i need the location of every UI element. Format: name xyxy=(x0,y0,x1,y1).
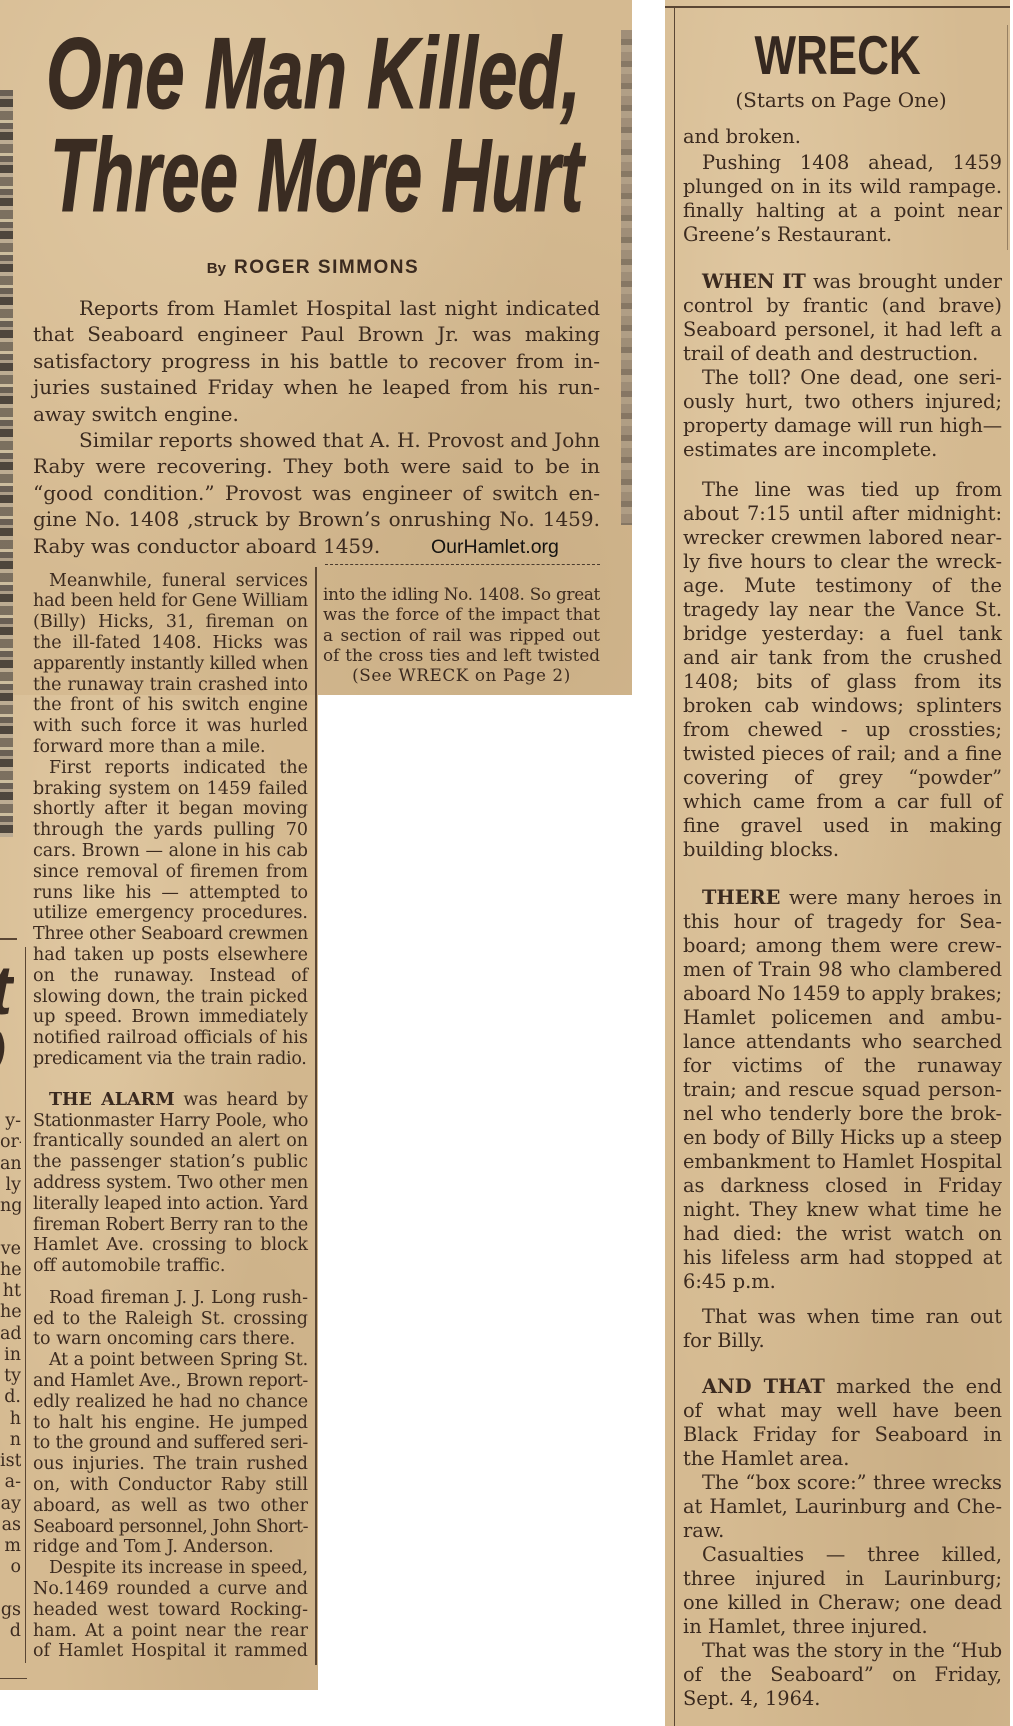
text-line: That was the story in the “Hub xyxy=(683,1639,1002,1663)
text-line: tragedy lay near the Vance St. xyxy=(683,598,1002,622)
box-right-rule xyxy=(1007,25,1008,250)
text-line: Stationmaster Harry Poole, who xyxy=(33,1111,308,1132)
paragraph: AND THAT marked the endof what may well … xyxy=(683,1375,1002,1471)
text-fragment: ay xyxy=(0,1494,21,1515)
text-line: with such force it was hurled xyxy=(33,716,308,737)
line-text: one killed in Cheraw; one dead xyxy=(683,1591,1002,1614)
text-line: That was when time ran out xyxy=(683,1305,1002,1329)
text-line: AND THAT marked the end xyxy=(683,1375,1002,1399)
text-line: to halt his engine. He jumped xyxy=(33,1413,308,1434)
line-text: Hamlet Ave. crossing to block xyxy=(33,1235,308,1255)
line-text: At a point between Spring St. xyxy=(49,1350,308,1370)
text-line: of the Seaboard” on Friday, xyxy=(683,1663,1002,1687)
line-text: at Hamlet, Laurinburg and Che- xyxy=(683,1495,1002,1518)
text-fragment: as xyxy=(0,1515,21,1536)
text-line: the runaway train crashed into xyxy=(33,675,308,696)
line-text: That was when time ran out xyxy=(702,1305,1002,1328)
text-fragment: or- xyxy=(0,1132,21,1153)
text-line: The “box score:” three wrecks xyxy=(683,1471,1002,1495)
text-line: nel who tenderly bore the brok- xyxy=(683,1102,1002,1126)
line-text: control by frantic (and brave) xyxy=(683,294,1002,317)
line-text: Raby was conductor aboard 1459. xyxy=(33,534,380,558)
byline-prefix: By xyxy=(207,260,226,277)
text-line: covering of grey “powder” xyxy=(683,766,1002,790)
text-line: trail of death and destruction. xyxy=(683,342,1002,366)
text-line: since removal of firemen from xyxy=(33,862,308,883)
line-text: cars. Brown — alone in his cab xyxy=(33,841,308,861)
text-line: aboard No 1459 to apply brakes; xyxy=(683,982,1002,1006)
line-text: Seaboard personel, it had left a xyxy=(683,318,1002,341)
text-line: Hamlet Ave. crossing to block xyxy=(33,1235,308,1256)
text-line: control by frantic (and brave) xyxy=(683,294,1002,318)
text-line: embankment to Hamlet Hospital xyxy=(683,1150,1002,1174)
line-text: Seaboard personnel, John Short- xyxy=(33,1517,308,1537)
line-text: estimates are incomplete. xyxy=(683,438,937,461)
text-line: wrecker crewmen labored near- xyxy=(683,526,1002,550)
text-line: slowing down, the train picked xyxy=(33,987,308,1008)
line-text: address system. Two other men xyxy=(33,1173,308,1193)
line-text: Hamlet policemen and ambu- xyxy=(683,1006,1002,1029)
text-line: of the cross ties and left twisted xyxy=(323,645,600,665)
text-line: Meanwhile, funeral services xyxy=(33,571,308,592)
line-text: had taken up posts elsewhere xyxy=(33,945,308,965)
text-fragment: d. xyxy=(0,1387,21,1408)
line-text: trail of death and destruction. xyxy=(683,342,978,365)
text-line: en body of Billy Hicks up a steep xyxy=(683,1126,1002,1150)
text-line: men of Train 98 who clambered xyxy=(683,958,1002,982)
text-fragment: in xyxy=(0,1345,21,1366)
column-rule xyxy=(315,567,317,1665)
line-text: juries sustained Friday when he leaped f… xyxy=(33,375,600,399)
text-line: away switch engine. xyxy=(33,401,600,427)
line-text: fireman Robert Berry ran to the xyxy=(33,1215,308,1235)
line-text: apparently instantly killed when xyxy=(33,654,308,674)
headline-line-2: Three More Hurt xyxy=(50,124,583,228)
line-text: Greene’s Restaurant. xyxy=(683,223,892,246)
text-fragment: ht xyxy=(0,1281,21,1302)
text-line: of what may well have been xyxy=(683,1399,1002,1423)
text-line: broken cab windows; splinters xyxy=(683,694,1002,718)
text-line: which came from a car full of xyxy=(683,790,1002,814)
text-line: the Hamlet area. xyxy=(683,1447,1002,1471)
bottom-rule xyxy=(0,1678,27,1679)
line-text: Reports from Hamlet Hospital last night … xyxy=(79,296,600,320)
line-text: ous injuries. The train rushed xyxy=(33,1454,308,1474)
text-line: Seaboard personel, it had left a xyxy=(683,318,1002,342)
text-line: in Hamlet, three injured. xyxy=(683,1615,1002,1639)
text-line: a section of rail was ripped out xyxy=(323,625,600,645)
lead-in: WHEN IT xyxy=(702,270,806,293)
line-text: train; and rescue squad person- xyxy=(683,1078,1002,1101)
line-text: bridge yesterday: a fuel tank xyxy=(683,622,1002,645)
fragment-column-rule xyxy=(25,947,26,1663)
text-line: to warn oncoming cars there. xyxy=(33,1329,308,1350)
box-top-rule xyxy=(665,6,1010,8)
line-text: the front of his switch engine xyxy=(33,695,308,715)
text-line: braking system on 1459 failed xyxy=(33,779,308,800)
text-line: ham. At a point near the rear xyxy=(33,1621,308,1642)
line-text: covering of grey “powder” xyxy=(683,766,1002,789)
text-fragment: he xyxy=(0,1260,21,1281)
paragraph: Reports from Hamlet Hospital last night … xyxy=(33,295,600,427)
line-text: predicament via the train radio. xyxy=(33,1049,307,1069)
watermark: OurHamlet.org xyxy=(431,535,559,559)
text-fragment: d xyxy=(0,1621,21,1642)
text-line: one killed in Cheraw; one dead xyxy=(683,1591,1002,1615)
paragraph: At a point between Spring St.and Hamlet … xyxy=(33,1350,308,1558)
text-fragment: gs xyxy=(0,1600,21,1621)
text-fragment: he xyxy=(0,1302,21,1323)
line-text: of the Seaboard” on Friday, xyxy=(683,1663,1002,1686)
adjacent-photo-fragment xyxy=(0,90,13,837)
lead-in: THERE xyxy=(702,886,780,909)
paragraph: The “box score:” three wrecksat Hamlet, … xyxy=(683,1471,1002,1543)
line-text: were many heroes in xyxy=(780,886,1002,909)
text-line: had taken up posts elsewhere xyxy=(33,945,308,966)
text-line: for victims of the runaway xyxy=(683,1054,1002,1078)
text-line: on, with Conductor Raby still xyxy=(33,1475,308,1496)
text-line: to the ground and suffered seri- xyxy=(33,1433,308,1454)
line-text: and air tank from the crushed xyxy=(683,646,1002,669)
text-line: off automobile traffic. xyxy=(33,1256,308,1277)
text-line: that Seaboard engineer Paul Brown Jr. wa… xyxy=(33,321,600,347)
line-text: ed to the Raleigh St. crossing xyxy=(33,1309,308,1329)
text-line: his lifeless arm had stopped at xyxy=(683,1246,1002,1270)
text-line: as darkness closed in Friday xyxy=(683,1174,1002,1198)
text-line: estimates are incomplete. xyxy=(683,438,1002,462)
adjacent-text-fragments: y-or-anlyngvehehtheadintyd.hnista-ayasmo… xyxy=(0,1111,21,1642)
line-text: that Seaboard engineer Paul Brown Jr. wa… xyxy=(33,322,600,346)
line-text: “good condition.” Provost was engineer o… xyxy=(33,481,600,505)
paragraph: The line was tied up fromabout 7:15 unti… xyxy=(683,478,1002,862)
lead-paragraphs: Reports from Hamlet Hospital last night … xyxy=(33,295,600,559)
text-line: raw. xyxy=(683,1519,1002,1543)
line-text: three injured in Laurinburg; xyxy=(683,1567,1002,1590)
paragraph: into the idling No. 1408. So greatwas th… xyxy=(323,584,600,665)
line-text: finally halting at a point near xyxy=(683,199,1002,222)
line-text: up speed. Brown immediately xyxy=(33,1007,308,1027)
line-text: edly realized he had no chance xyxy=(33,1392,308,1412)
paragraph: WHEN IT was brought undercontrol by fran… xyxy=(683,270,1002,366)
text-line: and Hamlet Ave., Brown report- xyxy=(33,1371,308,1392)
text-line: shortly after it began moving xyxy=(33,799,308,820)
line-text: utilize emergency procedures. xyxy=(33,903,308,923)
text-line: Raby were recovering. They both were sai… xyxy=(33,453,600,479)
line-text: Stationmaster Harry Poole, who xyxy=(33,1111,308,1131)
line-text: was the force of the impact that xyxy=(323,604,600,624)
text-line: literally leaped into action. Yard xyxy=(33,1194,308,1215)
line-text: had been held for Gene William xyxy=(33,591,308,611)
line-text: Pushing 1408 ahead, 1459 xyxy=(702,151,1002,174)
line-text: a section of rail was ripped out xyxy=(323,625,600,645)
text-line: this hour of tragedy for Sea- xyxy=(683,910,1002,934)
text-line: had died: the wrist watch on xyxy=(683,1222,1002,1246)
text-fragment: ad xyxy=(0,1324,21,1345)
line-text: ridge and Tom J. Anderson. xyxy=(33,1537,274,1557)
text-line: Greene’s Restaurant. xyxy=(683,223,1002,247)
line-text: the ill-fated 1408. Hicks was xyxy=(33,633,308,653)
text-line: and air tank from the crushed xyxy=(683,646,1002,670)
text-line: At a point between Spring St. xyxy=(33,1350,308,1371)
text-line: The toll? One dead, one seri- xyxy=(683,366,1002,390)
text-line: through the yards pulling 70 xyxy=(33,820,308,841)
line-text: the runaway train crashed into xyxy=(33,675,308,695)
line-text: men of Train 98 who clambered xyxy=(683,958,1002,981)
text-line: Despite its increase in speed, xyxy=(33,1558,308,1579)
text-fragment: h xyxy=(0,1409,21,1430)
text-line: headed west toward Rocking- xyxy=(33,1600,308,1621)
box-left-rule xyxy=(674,8,675,1726)
line-text: was heard by xyxy=(175,1090,308,1110)
text-line: ous injuries. The train rushed xyxy=(33,1454,308,1475)
text-fragment: a- xyxy=(0,1472,21,1493)
line-text: with such force it was hurled xyxy=(33,716,308,736)
line-text: through the yards pulling 70 xyxy=(33,820,308,840)
text-line: First reports indicated the xyxy=(33,758,308,779)
body-column: Meanwhile, funeral serviceshad been held… xyxy=(33,571,308,1663)
continuation-block: into the idling No. 1408. So greatwas th… xyxy=(323,584,600,685)
line-text: raw. xyxy=(683,1519,724,1542)
text-line: address system. Two other men xyxy=(33,1173,308,1194)
text-fragment: ve xyxy=(0,1239,21,1260)
line-text: of the cross ties and left twisted xyxy=(323,645,600,665)
text-line: ed to the Raleigh St. crossing xyxy=(33,1309,308,1330)
text-fragment: ist xyxy=(0,1451,21,1472)
text-line: satisfactory progress in his battle to r… xyxy=(33,348,600,374)
text-line: Hamlet policemen and ambu- xyxy=(683,1006,1002,1030)
line-text: aboard No 1459 to apply brakes; xyxy=(683,982,1002,1005)
line-text: Three other Seaboard crewmen xyxy=(33,924,308,944)
line-text: 6:45 p.m. xyxy=(683,1270,776,1293)
text-line: (Billy) Hicks, 31, fireman on xyxy=(33,612,308,633)
line-text: which came from a car full of xyxy=(683,790,1002,813)
line-text: for Billy. xyxy=(683,1329,765,1352)
paragraph: Road fireman J. J. Long rush-ed to the R… xyxy=(33,1288,308,1350)
text-line: 1408; bits of glass from its xyxy=(683,670,1002,694)
line-text: twisted pieces of rail; and a fine xyxy=(683,742,1002,765)
text-line: juries sustained Friday when he leaped f… xyxy=(33,374,600,400)
text-line: plunged on in its wild rampage. xyxy=(683,175,1002,199)
line-text: had died: the wrist watch on xyxy=(683,1222,1002,1245)
line-text: notified railroad officials of his xyxy=(33,1028,308,1048)
line-text: on, with Conductor Raby still xyxy=(33,1475,308,1495)
line-text: No.1469 rounded a curve and xyxy=(33,1579,308,1599)
line-text: off automobile traffic. xyxy=(33,1256,225,1276)
line-text: Despite its increase in speed, xyxy=(49,1558,308,1578)
text-line: edly realized he had no chance xyxy=(33,1392,308,1413)
line-text: building blocks. xyxy=(683,838,839,861)
text-line: ly five hours to clear the wreck- xyxy=(683,550,1002,574)
line-text: braking system on 1459 failed xyxy=(33,779,308,799)
text-line: runs like his — attempted to xyxy=(33,883,308,904)
text-line: finally halting at a point near xyxy=(683,199,1002,223)
line-text: night. They knew what time he xyxy=(683,1198,1002,1221)
text-line: The line was tied up from xyxy=(683,478,1002,502)
text-fragment: ly xyxy=(0,1175,21,1196)
text-line: about 7:15 until after midnight: xyxy=(683,502,1002,526)
line-text: broken cab windows; splinters xyxy=(683,694,1002,717)
text-line: Road fireman J. J. Long rush- xyxy=(33,1288,308,1309)
text-line: and broken. xyxy=(683,125,1002,149)
text-line: Casualties — three killed, xyxy=(683,1543,1002,1567)
paragraph: Despite its increase in speed,No.1469 ro… xyxy=(33,1558,308,1662)
headline-line-1: One Man Killed, xyxy=(46,24,581,125)
text-fragment: y- xyxy=(0,1111,21,1132)
text-line: for Billy. xyxy=(683,1329,1002,1353)
line-text: First reports indicated the xyxy=(49,758,308,778)
line-text: frantically sounded an alert on xyxy=(33,1131,308,1151)
paragraph: That was the story in the “Hubof the Sea… xyxy=(683,1639,1002,1711)
text-line: Reports from Hamlet Hospital last night … xyxy=(33,295,600,321)
text-line: the passenger station’s public xyxy=(33,1152,308,1173)
line-text: gine No. 1408 ,struck by Brown’s onrushi… xyxy=(33,507,600,531)
line-text: Similar reports showed that A. H. Provos… xyxy=(79,428,600,452)
text-line: predicament via the train radio. xyxy=(33,1049,308,1070)
paragraph: That was when time ran outfor Billy. xyxy=(683,1305,1002,1353)
continuation-lines: into the idling No. 1408. So greatwas th… xyxy=(323,584,600,665)
paragraph: THERE were many heroes inthis hour of tr… xyxy=(683,886,1002,1294)
line-text: That was the story in the “Hub xyxy=(702,1639,1002,1662)
text-line: utilize emergency procedures. xyxy=(33,903,308,924)
text-line: on the runaway. Instead of xyxy=(33,966,308,987)
text-line: fine gravel used in making xyxy=(683,814,1002,838)
line-text: since removal of firemen from xyxy=(33,862,308,882)
text-line: fireman Robert Berry ran to the xyxy=(33,1215,308,1236)
text-fragment xyxy=(0,1217,21,1238)
line-text: away switch engine. xyxy=(33,402,239,426)
line-text: on the runaway. Instead of xyxy=(33,966,308,986)
line-text: was brought under xyxy=(806,270,1002,293)
line-text: aboard, as well as two other xyxy=(33,1496,308,1516)
line-text: satisfactory progress in his battle to r… xyxy=(33,349,600,373)
text-line: up speed. Brown immediately xyxy=(33,1007,308,1028)
text-line: WHEN IT was brought under xyxy=(683,270,1002,294)
line-text: literally leaped into action. Yard xyxy=(33,1194,308,1214)
line-text: wrecker crewmen labored near- xyxy=(683,526,1002,549)
line-text: for victims of the runaway xyxy=(683,1054,1002,1077)
text-fragment: ty xyxy=(0,1366,21,1387)
line-text: of what may well have been xyxy=(683,1399,1002,1422)
jump-body-column: and broken.Pushing 1408 ahead, 1459plung… xyxy=(683,125,1002,1711)
text-line: Seaboard personnel, John Short- xyxy=(33,1517,308,1538)
byline-author: ROGER SIMMONS xyxy=(234,257,419,278)
text-line: bridge yesterday: a fuel tank xyxy=(683,622,1002,646)
line-text: Black Friday for Seaboard in xyxy=(683,1423,1002,1446)
line-text: as darkness closed in Friday xyxy=(683,1174,1002,1197)
text-line: apparently instantly killed when xyxy=(33,654,308,675)
text-line: ously hurt, two others injured; xyxy=(683,390,1002,414)
text-line: forward more than a mile. xyxy=(33,737,308,758)
text-line: Similar reports showed that A. H. Provos… xyxy=(33,427,600,453)
text-fragment: ng xyxy=(0,1196,21,1217)
text-line: three injured in Laurinburg; xyxy=(683,1567,1002,1591)
text-line: from chewed - up crossties; xyxy=(683,718,1002,742)
line-text: tragedy lay near the Vance St. xyxy=(683,598,1002,621)
text-line: the front of his switch engine xyxy=(33,695,308,716)
line-text: his lifeless arm had stopped at xyxy=(683,1246,1002,1269)
text-line: “good condition.” Provost was engineer o… xyxy=(33,480,600,506)
line-text: fine gravel used in making xyxy=(683,814,1002,837)
paragraph: Meanwhile, funeral serviceshad been held… xyxy=(33,571,308,758)
text-line: was the force of the impact that xyxy=(323,604,600,624)
line-text: from chewed - up crossties; xyxy=(683,718,1002,741)
text-line: at Hamlet, Laurinburg and Che- xyxy=(683,1495,1002,1519)
paragraph: First reports indicated thebraking syste… xyxy=(33,758,308,1070)
text-line: notified railroad officials of his xyxy=(33,1028,308,1049)
jump-subtitle: (Starts on Page One) xyxy=(665,88,1013,112)
paragraph: THE ALARM was heard byStationmaster Harr… xyxy=(33,1090,308,1277)
jump-reference: (See WRECK on Page 2) xyxy=(323,665,600,685)
line-text: Meanwhile, funeral services xyxy=(49,571,308,591)
line-text: property damage will run high— xyxy=(683,414,1002,437)
headline-glyph-fragment: ) xyxy=(0,1028,6,1072)
text-line: THE ALARM was heard by xyxy=(33,1090,308,1111)
text-line: frantically sounded an alert on xyxy=(33,1131,308,1152)
text-line: Sept. 4, 1964. xyxy=(683,1687,1002,1711)
text-line: property damage will run high— xyxy=(683,414,1002,438)
line-text: The toll? One dead, one seri- xyxy=(702,366,1002,389)
line-text: this hour of tragedy for Sea- xyxy=(683,910,1002,933)
adjacent-headline-fragment: t ) xyxy=(0,938,14,1078)
text-line: the ill-fated 1408. Hicks was xyxy=(33,633,308,654)
text-line: train; and rescue squad person- xyxy=(683,1078,1002,1102)
paragraph: Casualties — three killed,three injured … xyxy=(683,1543,1002,1639)
text-line: aboard, as well as two other xyxy=(33,1496,308,1517)
line-text: ly five hours to clear the wreck- xyxy=(683,550,1002,573)
line-text: age. Mute testimony of the xyxy=(683,574,1002,597)
line-text: Road fireman J. J. Long rush- xyxy=(49,1288,308,1308)
line-text: of Hamlet Hospital it rammed xyxy=(33,1641,308,1661)
paragraph: Pushing 1408 ahead, 1459plunged on in it… xyxy=(683,151,1002,247)
line-text: the passenger station’s public xyxy=(33,1152,308,1172)
line-text: embankment to Hamlet Hospital xyxy=(683,1150,1002,1173)
line-text: ously hurt, two others injured; xyxy=(683,390,1002,413)
line-text: board; among them were crew- xyxy=(683,934,1002,957)
line-text: Sept. 4, 1964. xyxy=(683,1687,820,1710)
line-text: to warn oncoming cars there. xyxy=(33,1329,295,1349)
text-line: twisted pieces of rail; and a fine xyxy=(683,742,1002,766)
line-text: ham. At a point near the rear xyxy=(33,1621,308,1641)
dashed-divider xyxy=(325,564,600,565)
paragraph: The toll? One dead, one seri-ously hurt,… xyxy=(683,366,1002,462)
text-line: THERE were many heroes in xyxy=(683,886,1002,910)
line-text: slowing down, the train picked xyxy=(33,987,308,1007)
text-line: lance attendants who searched xyxy=(683,1030,1002,1054)
line-text: plunged on in its wild rampage. xyxy=(683,175,1002,198)
line-text: the Hamlet area. xyxy=(683,1447,849,1470)
line-text: Raby were recovering. They both were sai… xyxy=(33,454,600,478)
text-line: night. They knew what time he xyxy=(683,1198,1002,1222)
text-line: building blocks. xyxy=(683,838,1002,862)
headline-glyph-fragment: t xyxy=(0,955,12,1025)
line-text: nel who tenderly bore the brok- xyxy=(683,1102,1002,1125)
line-text: 1408; bits of glass from its xyxy=(683,670,1002,693)
byline: ByROGER SIMMONS xyxy=(0,256,626,281)
line-text: and Hamlet Ave., Brown report- xyxy=(33,1371,308,1391)
line-text: The line was tied up from xyxy=(702,478,1002,501)
line-text: runs like his — attempted to xyxy=(33,883,308,903)
line-text: en body of Billy Hicks up a steep xyxy=(683,1126,1002,1149)
line-text: to halt his engine. He jumped xyxy=(33,1413,308,1433)
text-fragment: n xyxy=(0,1430,21,1451)
lead-in: AND THAT xyxy=(702,1375,825,1398)
line-text: about 7:15 until after midnight: xyxy=(683,502,1002,525)
text-line: Black Friday for Seaboard in xyxy=(683,1423,1002,1447)
lead-in: THE ALARM xyxy=(49,1090,175,1110)
text-line: No.1469 rounded a curve and xyxy=(33,1579,308,1600)
line-text: headed west toward Rocking- xyxy=(33,1600,308,1620)
text-line: cars. Brown — alone in his cab xyxy=(33,841,308,862)
